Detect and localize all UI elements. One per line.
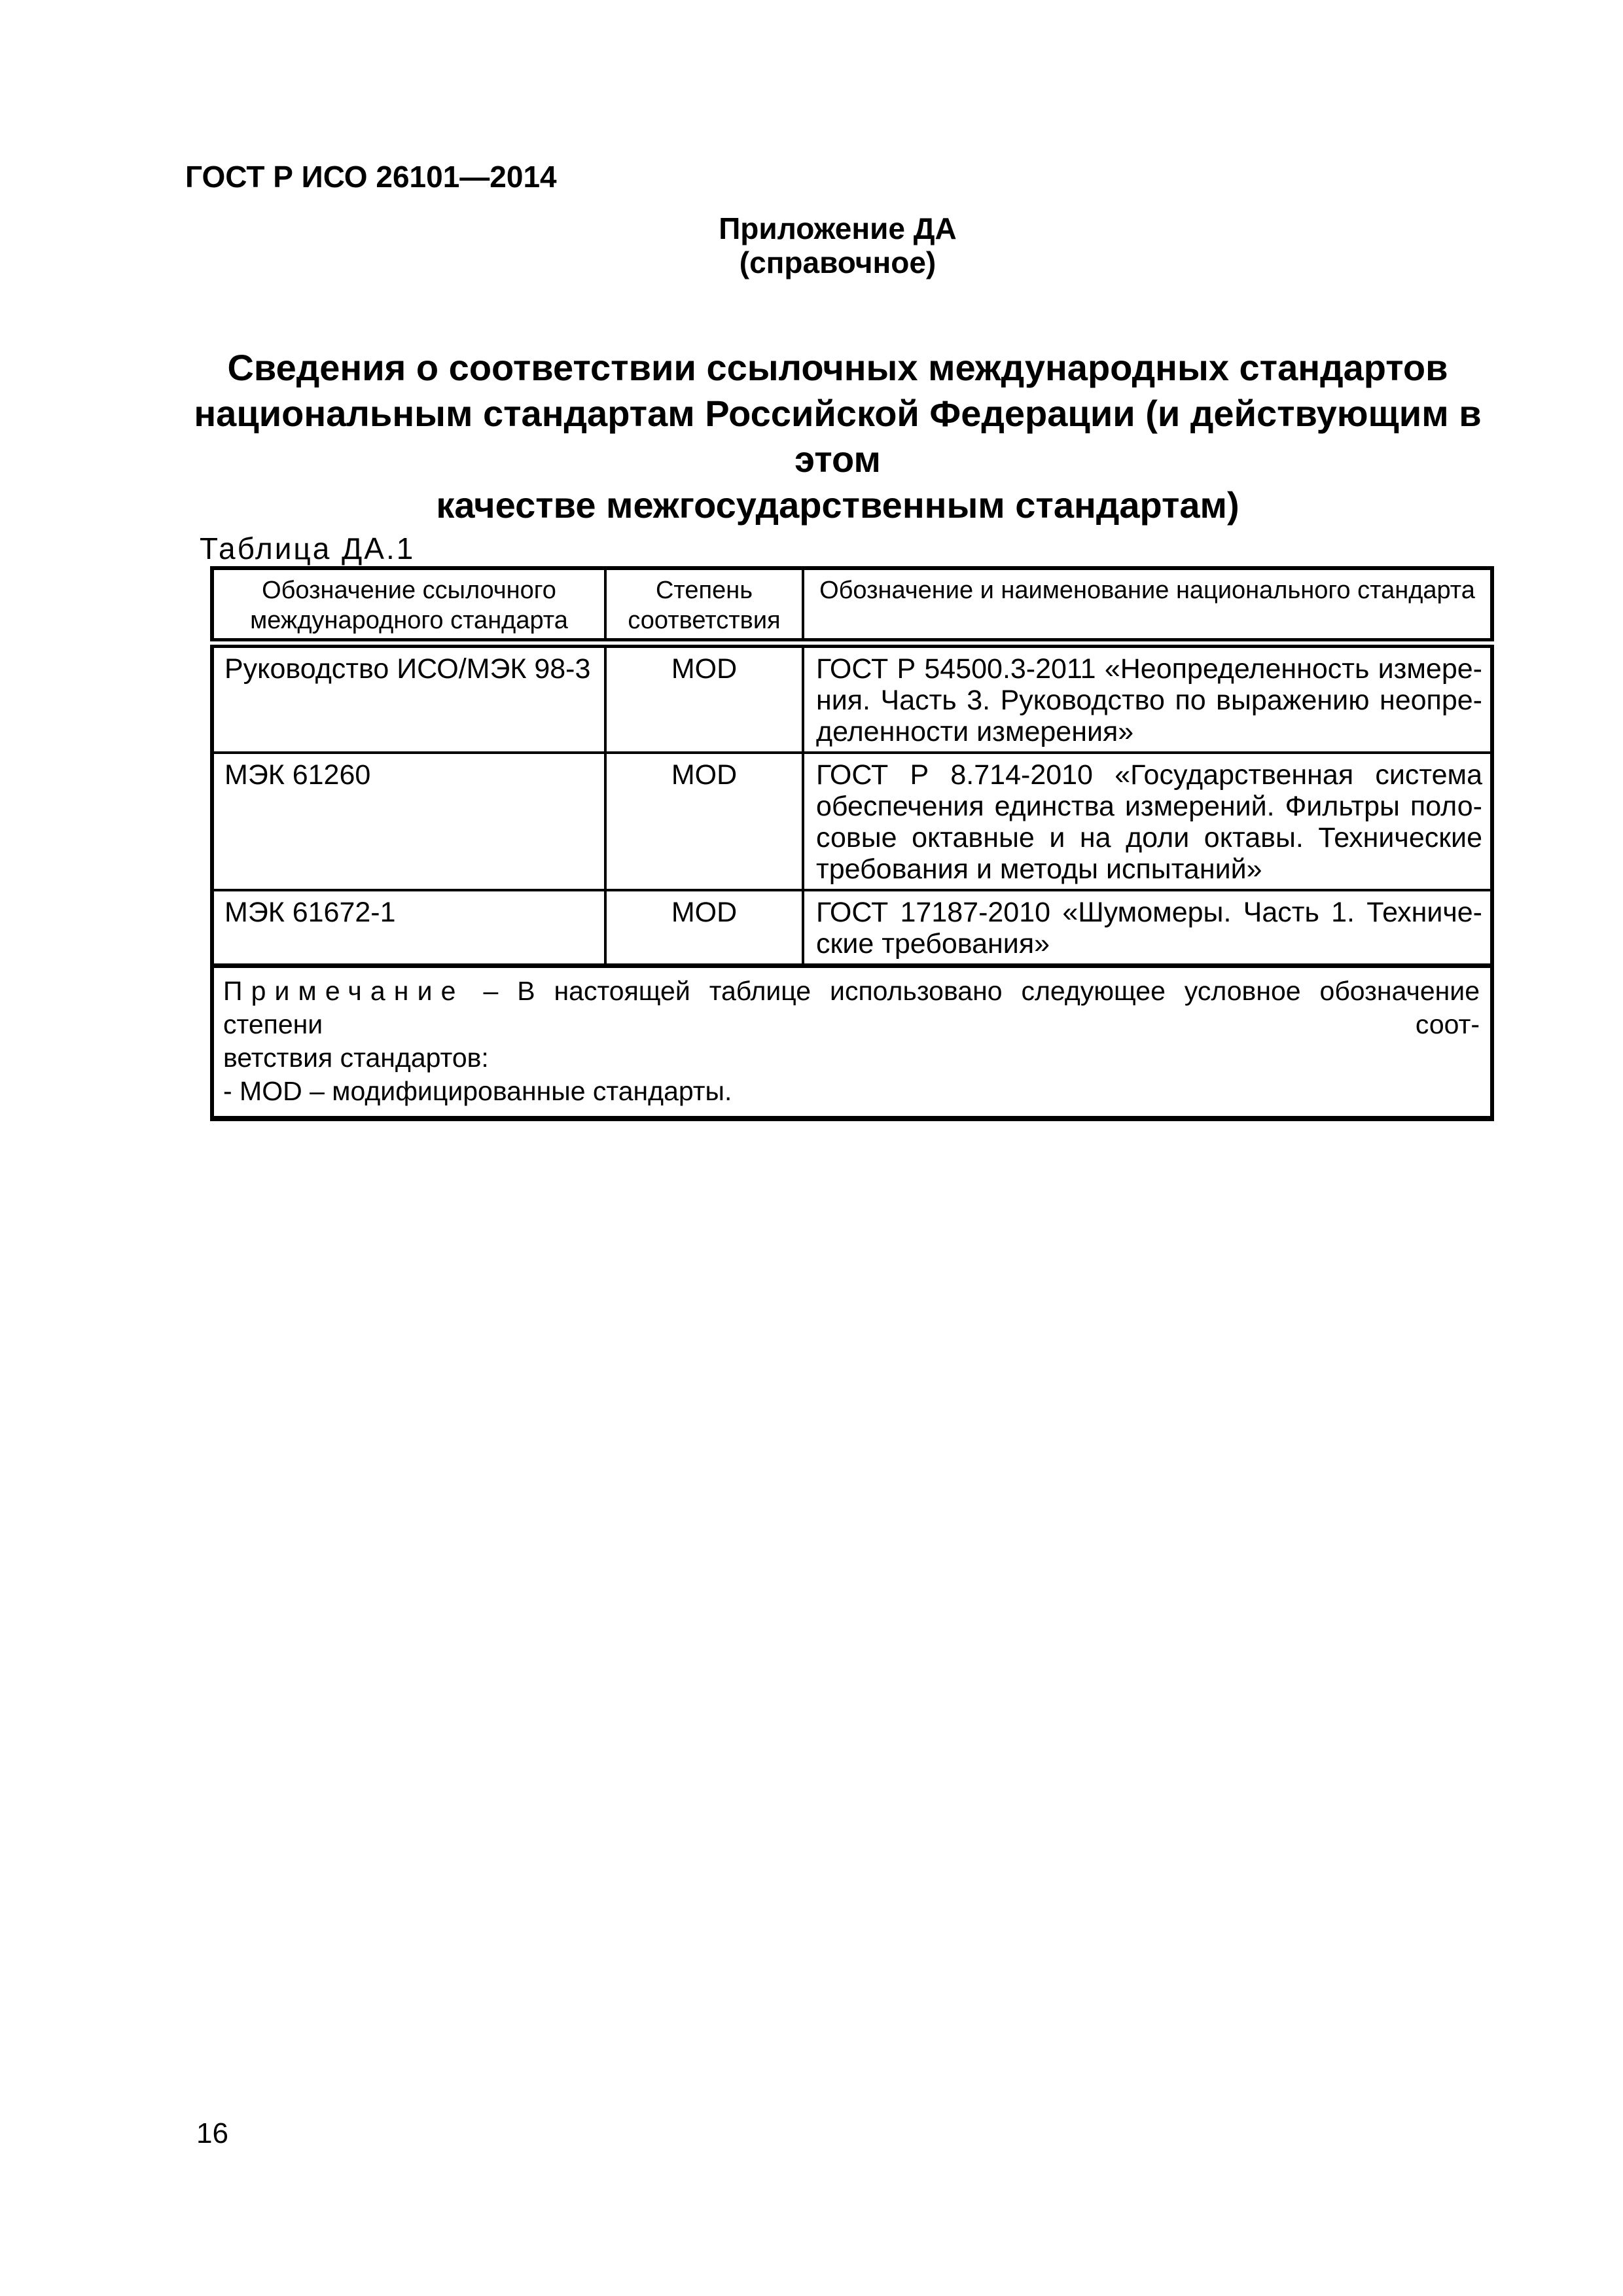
section-title-line-3: качестве межгосударственным стандартам) xyxy=(185,482,1490,528)
column-header-national-standard: Обозначение и наименование национального… xyxy=(803,568,1492,643)
table-row: МЭК 61260 MOD ГОСТ Р 8.714-2010 «Государ… xyxy=(212,753,1492,890)
cell-degree-row2: MOD xyxy=(605,753,803,890)
correspondence-table: Обозначение ссылочного международного ст… xyxy=(210,566,1494,1121)
section-title: Сведения о соответствии ссылочных междун… xyxy=(185,345,1490,528)
column-header-degree: Степень соответствия xyxy=(605,568,803,643)
appendix-subtitle: (справочное) xyxy=(185,245,1490,279)
cell-text-line: требования и методы испытаний» xyxy=(816,853,1482,885)
cell-text-line: ГОСТ Р 54500.3-2011 «Неопределенность из… xyxy=(816,653,1482,685)
table-header: Обозначение ссылочного международного ст… xyxy=(212,568,1492,643)
note-line: ветствия стандартов: xyxy=(223,1041,1480,1075)
cell-degree-row3: MOD xyxy=(605,890,803,966)
document-page: ГОСТ Р ИСО 26101—2014 Приложение ДА (спр… xyxy=(0,0,1623,2296)
table-row: МЭК 61672-1 MOD ГОСТ 17187-2010 «Шумомер… xyxy=(212,890,1492,966)
table-note-row: Примечание – В настоящей таблице использ… xyxy=(212,966,1492,1119)
note-line: - MOD – модифицированные стандарты. xyxy=(223,1075,1480,1108)
cell-text-line: ГОСТ 17187-2010 «Шумомеры. Часть 1. Техн… xyxy=(816,897,1482,928)
appendix-heading: Приложение ДА (справочное) xyxy=(185,211,1490,279)
cell-degree-row1: MOD xyxy=(605,643,803,753)
cell-national-standard-row1: ГОСТ Р 54500.3-2011 «Неопределенность из… xyxy=(803,643,1492,753)
cell-text-line: ния. Часть 3. Руководство по выражению н… xyxy=(816,685,1482,716)
cell-text-line: ГОСТ Р 8.714-2010 «Государственная систе… xyxy=(816,759,1482,791)
section-title-line-2: национальным стандартам Российской Федер… xyxy=(185,391,1490,482)
table-caption: Таблица ДА.1 xyxy=(200,531,1490,566)
table-header-row: Обозначение ссылочного международного ст… xyxy=(212,568,1492,643)
note-line: Примечание – В настоящей таблице использ… xyxy=(223,975,1480,1041)
cell-text-line: деленности измерения» xyxy=(816,716,1482,747)
doc-code-header: ГОСТ Р ИСО 26101—2014 xyxy=(185,160,1490,193)
section-title-line-1: Сведения о соответствии ссылочных междун… xyxy=(185,345,1490,391)
cell-text-line: ские требования» xyxy=(816,928,1482,960)
page-number: 16 xyxy=(196,2118,228,2149)
table-note-cell: Примечание – В настоящей таблице использ… xyxy=(212,966,1492,1119)
cell-text-line: обеспечения единства измерений. Фильтры … xyxy=(816,791,1482,822)
cell-national-standard-row3: ГОСТ 17187-2010 «Шумомеры. Часть 1. Техн… xyxy=(803,890,1492,966)
cell-intl-standard-row1: Руководство ИСО/МЭК 98-3 xyxy=(212,643,605,753)
cell-intl-standard-row3: МЭК 61672-1 xyxy=(212,890,605,966)
appendix-title: Приложение ДА xyxy=(185,211,1490,245)
table-row: Руководство ИСО/МЭК 98-3 MOD ГОСТ Р 5450… xyxy=(212,643,1492,753)
note-label: Примечание xyxy=(223,976,465,1006)
cell-intl-standard-row2: МЭК 61260 xyxy=(212,753,605,890)
column-header-intl-standard: Обозначение ссылочного международного ст… xyxy=(212,568,605,643)
cell-national-standard-row2: ГОСТ Р 8.714-2010 «Государственная систе… xyxy=(803,753,1492,890)
cell-text-line: совые октавные и на доли октавы. Техниче… xyxy=(816,822,1482,853)
